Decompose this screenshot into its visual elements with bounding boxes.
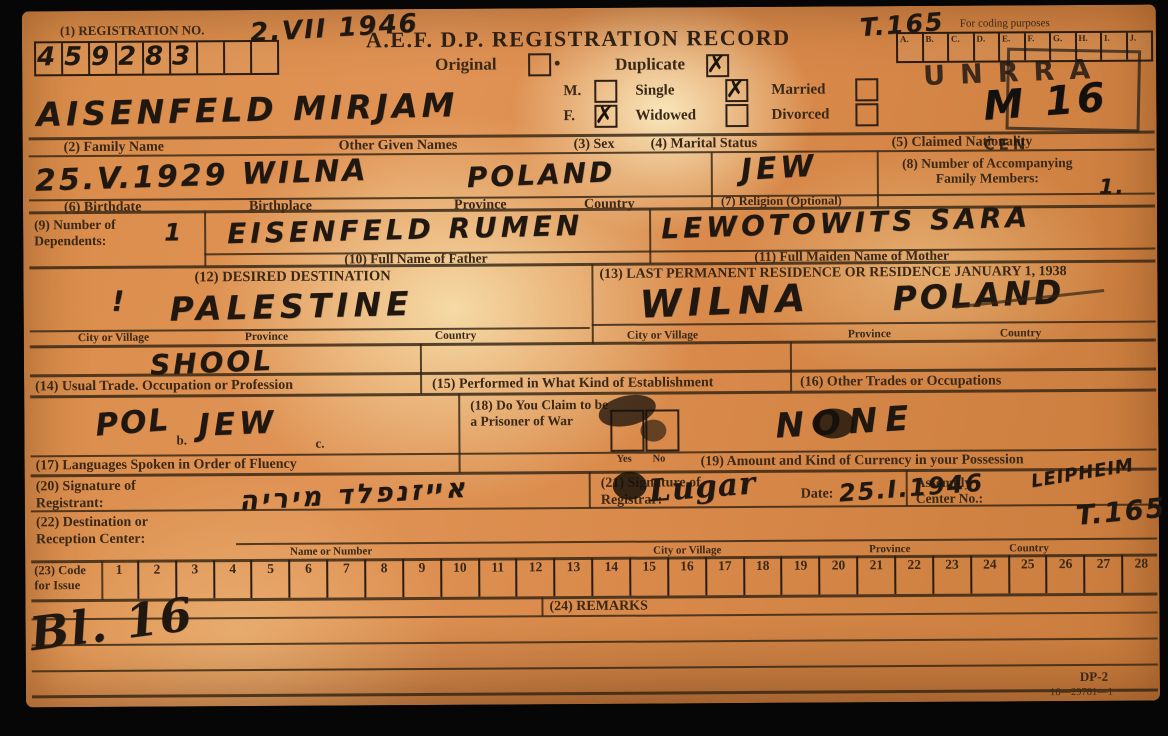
registration-no-label: (1) REGISTRATION NO. xyxy=(60,22,205,39)
pow-label: (18) Do You Claim to be a Prisoner of Wa… xyxy=(470,397,612,430)
recep-province-label: Province xyxy=(869,543,910,555)
male-label: M. xyxy=(563,83,581,100)
rule xyxy=(541,597,543,616)
handwritten-mark: ! xyxy=(111,285,126,318)
code-cell: 11 xyxy=(480,558,518,596)
handwritten-residence-country: POLAND xyxy=(892,272,1065,318)
family-members-label: (8) Number of Accompanying Family Member… xyxy=(885,155,1090,186)
sex-label: (3) Sex xyxy=(574,137,615,153)
establishment-label: (15) Performed in What Kind of Establish… xyxy=(432,375,713,393)
handwritten-religion: JEW xyxy=(740,149,819,188)
code-for-issue-label: (23) Code for Issue xyxy=(34,563,100,593)
form-title: A.E.F. D.P. REGISTRATION RECORD xyxy=(366,25,791,54)
recep-city-label: City or Village xyxy=(653,544,721,556)
registration-digit-cell: 5 xyxy=(63,43,90,74)
duplicate-checkbox: ✗ xyxy=(706,54,729,77)
language-b-label: b. xyxy=(176,432,187,448)
widowed-checkbox xyxy=(725,104,748,127)
dest-province-label: Province xyxy=(245,331,288,343)
registration-digit-cell: 2 xyxy=(117,43,144,74)
date-label: Date: xyxy=(801,486,834,502)
code-cell: 7 xyxy=(328,559,366,597)
code-cell: 17 xyxy=(707,557,745,595)
code-cell: 26 xyxy=(1048,555,1086,593)
code-cell: 4 xyxy=(215,560,253,598)
dependents-label: (9) Number of Dependents: xyxy=(34,217,159,250)
res-city-label: City or Village xyxy=(627,329,698,341)
ink-smudge xyxy=(640,419,666,441)
coding-letter-cell: D. xyxy=(974,33,1000,60)
male-checkbox xyxy=(594,80,617,103)
print-code: 16—29781—1 xyxy=(1050,687,1113,698)
name-or-number-label: Name or Number xyxy=(251,545,411,558)
languages-label: (17) Languages Spoken in Order of Fluenc… xyxy=(36,457,297,475)
scanned-dp-registration-card: (1) REGISTRATION NO. 459283 2.VII 1946 A… xyxy=(0,0,1168,736)
code-cell: 21 xyxy=(858,556,896,594)
widowed-label: Widowed xyxy=(635,107,696,124)
rule xyxy=(420,344,422,394)
handwritten-dependents: 1 xyxy=(164,218,183,246)
code-cell: 16 xyxy=(669,557,707,595)
reception-center-label: (22) Destination or Reception Center: xyxy=(36,513,206,548)
coding-note-label: For coding purposes xyxy=(960,17,1050,30)
code-cell: 14 xyxy=(593,558,631,596)
single-checkbox: ✗ xyxy=(725,79,748,102)
recep-country-label: Country xyxy=(1009,542,1049,554)
registration-digit-cell xyxy=(225,42,252,73)
original-dot: • xyxy=(554,53,560,74)
res-country-label: Country xyxy=(1000,327,1042,339)
marital-status-label: (4) Marital Status xyxy=(651,136,758,153)
desired-destination-label: (12) DESIRED DESTINATION xyxy=(194,268,390,286)
handwritten-birth-country: POLAND xyxy=(466,155,616,194)
rule xyxy=(877,151,879,207)
pow-no-label: No xyxy=(653,454,666,465)
handwritten-m16: M 16 xyxy=(982,74,1111,129)
handwritten-language-b: JEW xyxy=(198,405,278,444)
handwritten-trade: SHOOL xyxy=(149,344,274,382)
female-checkbox: ✗ xyxy=(594,105,617,128)
stamp-cen-text: CEN xyxy=(984,135,1030,153)
code-cell: 5 xyxy=(253,560,291,598)
code-cell: 20 xyxy=(820,556,858,594)
registration-number-boxes: 459283 xyxy=(34,40,279,76)
handwritten-residence-city: WILNA xyxy=(639,276,812,327)
duplicate-label: Duplicate xyxy=(615,54,685,74)
code-cell: 12 xyxy=(518,558,556,596)
code-cell: 15 xyxy=(631,557,669,595)
code-cell: 27 xyxy=(1085,555,1123,593)
code-cell: 8 xyxy=(366,559,404,597)
code-cell: 22 xyxy=(896,556,934,594)
other-trades-label: (16) Other Trades or Occupations xyxy=(800,373,1001,390)
coding-letter-cell: C. xyxy=(949,34,975,61)
registration-digit-cell xyxy=(198,42,225,73)
original-label: Original xyxy=(435,55,497,75)
remarks-label: (24) REMARKS xyxy=(549,599,647,616)
pow-yes-label: Yes xyxy=(617,454,632,465)
married-label: Married xyxy=(771,82,825,99)
rule xyxy=(589,472,591,508)
code-cell: 10 xyxy=(442,559,480,597)
language-c-label: c. xyxy=(315,436,324,452)
rule xyxy=(649,209,651,264)
registrant-signature-label: (20) Signature of Registrant: xyxy=(36,477,186,512)
married-checkbox xyxy=(855,78,878,101)
code-cell: 18 xyxy=(745,557,783,595)
single-label: Single xyxy=(635,82,674,99)
family-name-label: (2) Family Name xyxy=(64,140,164,157)
handwritten-destination: PALESTINE xyxy=(169,284,414,329)
rule xyxy=(790,342,792,392)
divorced-label: Divorced xyxy=(771,106,829,123)
father-label: (10) Full Name of Father xyxy=(344,251,487,268)
registration-digit-cell: 4 xyxy=(36,43,63,74)
code-cell: 9 xyxy=(404,559,442,597)
registration-digit-cell: 9 xyxy=(90,43,117,74)
code-cell: 25 xyxy=(1010,555,1048,593)
birthdate-label: (6) Birthdate xyxy=(64,200,141,216)
registration-digit-cell: 8 xyxy=(144,43,171,74)
code-cell: 19 xyxy=(783,557,821,595)
rule xyxy=(711,152,713,208)
dest-city-label: City or Village xyxy=(78,332,149,344)
original-checkbox xyxy=(528,53,551,76)
handwritten-family-members: 1. xyxy=(1099,175,1126,199)
country-label-birth: Country xyxy=(584,197,635,213)
birthplace-label: Birthplace xyxy=(249,199,312,215)
ink-blot xyxy=(812,408,854,438)
code-cell: 28 xyxy=(1123,554,1159,592)
form-code: DP-2 xyxy=(1080,669,1108,685)
ink-blot xyxy=(613,472,647,500)
code-for-issue-cells: 1234567891011121314151617181920212223242… xyxy=(101,554,1159,598)
code-cell: 24 xyxy=(972,555,1010,593)
code-cell: 13 xyxy=(555,558,593,596)
res-province-label: Province xyxy=(848,328,891,340)
code-cell: 23 xyxy=(934,556,972,594)
coding-letter-cell: B. xyxy=(923,34,949,61)
registration-digit-cell: 3 xyxy=(171,42,198,73)
divorced-checkbox xyxy=(855,103,878,126)
female-label: F. xyxy=(563,108,575,125)
dest-country-label: Country xyxy=(435,330,477,342)
code-cell: 6 xyxy=(290,560,328,598)
mother-label: (11) Full Maiden Name of Mother xyxy=(754,248,949,265)
other-given-names-label: Other Given Names xyxy=(339,138,458,155)
handwritten-language-a: POL xyxy=(94,402,171,444)
rule xyxy=(204,211,206,266)
